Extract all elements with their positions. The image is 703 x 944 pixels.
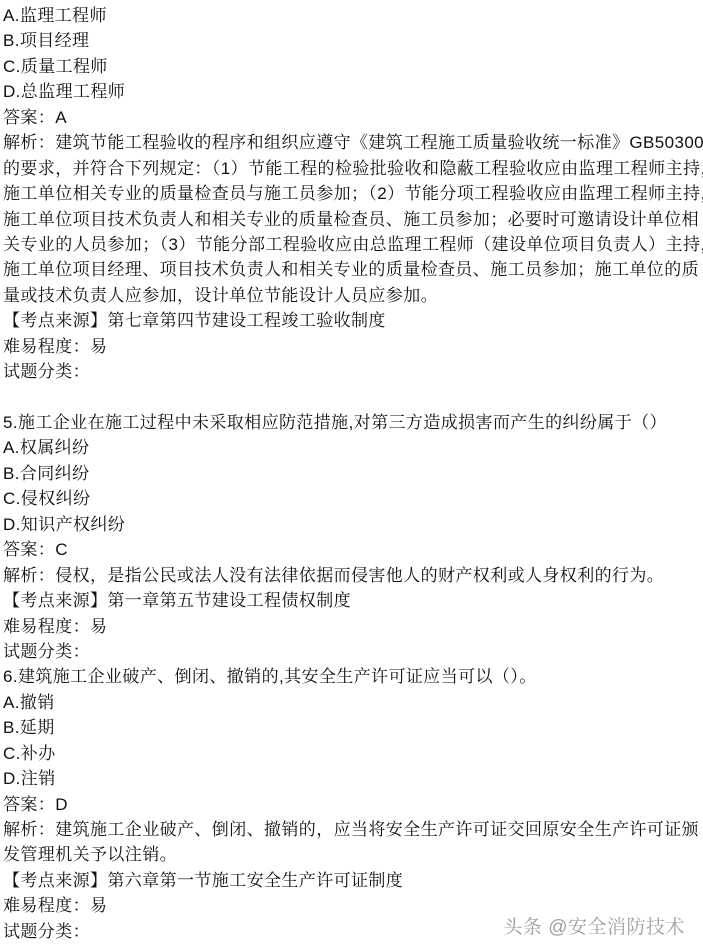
option-line: D.知识产权纠纷	[3, 512, 703, 537]
blank-line	[3, 385, 703, 410]
answer-line: 答案：D	[3, 792, 703, 817]
source-line: 【考点来源】第一章第五节建设工程债权制度	[3, 588, 703, 613]
option-line: C.补办	[3, 741, 703, 766]
option-line: A.撤销	[3, 690, 703, 715]
question-text: 5.施工企业在施工过程中未采取相应防范措施,对第三方造成损害而产生的纠纷属于（）	[3, 410, 703, 435]
exam-page: { "page": { "background_color": "#ffffff…	[0, 0, 703, 944]
question-4-partial: A.监理工程师B.项目经理C.质量工程师D.总监理工程师答案：A解析：建筑节能工…	[3, 3, 703, 385]
option-line: A.监理工程师	[3, 3, 703, 28]
analysis-line: 解析：建筑施工企业破产、倒闭、撤销的，应当将安全生产许可证交回原安全生产许可证颁	[3, 817, 703, 842]
analysis-line: 发管理机关予以注销。	[3, 842, 703, 867]
question-5: 5.施工企业在施工过程中未采取相应防范措施,对第三方造成损害而产生的纠纷属于（）…	[3, 385, 703, 665]
category-line: 试题分类：	[3, 359, 703, 384]
option-line: A.权属纠纷	[3, 435, 703, 460]
analysis-line: 施工单位项目经理、项目技术负责人和相关专业的质量检查员、施工员参加；施工单位的质	[3, 257, 703, 282]
difficulty-line: 难易程度：易	[3, 614, 703, 639]
analysis-line: 解析：建筑节能工程验收的程序和组织应遵守《建筑工程施工质量验收统一标准》GB50…	[3, 130, 703, 155]
option-line: D.注销	[3, 766, 703, 791]
analysis-line: 量或技术负责人应参加，设计单位节能设计人员应参加。	[3, 283, 703, 308]
difficulty-line: 难易程度：易	[3, 334, 703, 359]
source-line: 【考点来源】第七章第四节建设工程竣工验收制度	[3, 308, 703, 333]
analysis-line: 施工单位相关专业的质量检查员与施工员参加；（2）节能分项工程验收应由监理工程师主…	[3, 181, 703, 206]
analysis-line: 施工单位项目技术负责人和相关专业的质量检查员、施工员参加；必要时可邀请设计单位相	[3, 207, 703, 232]
category-line: 试题分类：	[3, 639, 703, 664]
option-line: C.质量工程师	[3, 54, 703, 79]
answer-line: 答案：C	[3, 537, 703, 562]
analysis-line: 的要求，并符合下列规定：（1）节能工程的检验批验收和隐蔽工程验收应由监理工程师主…	[3, 156, 703, 181]
question-6: 6.建筑施工企业破产、倒闭、撤销的,其安全生产许可证应当可以（）。A.撤销B.延…	[3, 664, 703, 944]
source-line: 【考点来源】第六章第一节施工安全生产许可证制度	[3, 868, 703, 893]
option-line: D.总监理工程师	[3, 79, 703, 104]
analysis-line: 解析：侵权，是指公民或法人没有法律依据而侵害他人的财产权利或人身权利的行为。	[3, 563, 703, 588]
question-text: 6.建筑施工企业破产、倒闭、撤销的,其安全生产许可证应当可以（）。	[3, 664, 703, 689]
option-line: B.延期	[3, 715, 703, 740]
option-line: C.侵权纠纷	[3, 486, 703, 511]
option-line: B.项目经理	[3, 28, 703, 53]
analysis-line: 关专业的人员参加；（3）节能分部工程验收应由总监理工程师（建设单位项目负责人）主…	[3, 232, 703, 257]
exam-content: A.监理工程师B.项目经理C.质量工程师D.总监理工程师答案：A解析：建筑节能工…	[0, 0, 703, 944]
option-line: B.合同纠纷	[3, 461, 703, 486]
answer-line: 答案：A	[3, 105, 703, 130]
toutiao-watermark: 头条 @安全消防技术	[503, 912, 685, 939]
